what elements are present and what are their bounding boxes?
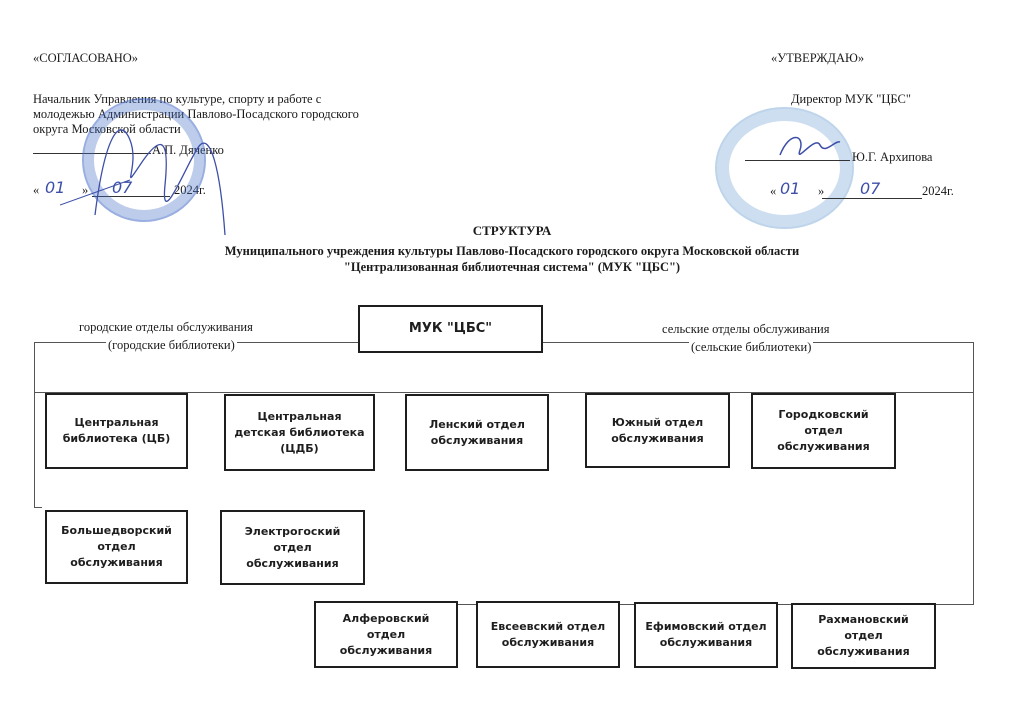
date-month-right: 07 [860, 179, 880, 198]
org-node-alferovsky: Алферовский отдел обслуживания [314, 601, 458, 668]
org-node-elektrogorsky: Электрогоский отдел обслуживания [220, 510, 365, 585]
org-node-gorodkovsky: Городковский отдел обслуживания [751, 393, 896, 469]
signature-scribble-right [775, 130, 845, 165]
rural-branches-label: сельские отделы обслуживания [662, 322, 829, 337]
connector-right-vertical [973, 342, 974, 605]
city-branches-label: городские отделы обслуживания [79, 320, 253, 335]
org-node-rakhmanovsky: Рахмановский отдел обслуживания [791, 603, 936, 669]
document-title: СТРУКТУРА [0, 222, 1024, 239]
org-node-yuzhny: Южный отдел обслуживания [585, 393, 730, 468]
date-day-right: 01 [780, 179, 800, 198]
document-subtitle-line2: "Централизованная библиотечная система" … [0, 259, 1024, 276]
org-node-bolshedvorsky: Большедворский отдел обслуживания [45, 510, 188, 584]
date-year-right: 2024г. [922, 184, 954, 199]
approval-heading-right: «УТВЕРЖДАЮ» [771, 51, 864, 66]
org-node-evseevsky: Евсеевский отдел обслуживания [476, 601, 620, 668]
city-branches-sublabel: (городские библиотеки) [106, 338, 237, 353]
connector-left-vertical [34, 342, 35, 508]
approval-heading-left: «СОГЛАСОВАНО» [33, 51, 138, 66]
document-subtitle-line1: Муниципального учреждения культуры Павло… [0, 243, 1024, 260]
org-node-central-children-library: Центральная детская библиотека (ЦДБ) [224, 394, 375, 471]
date-open-quote-left: « [33, 183, 39, 198]
date-month-line-right [822, 198, 922, 199]
org-node-central-library: Центральная библиотека (ЦБ) [45, 393, 188, 469]
official-stamp-right [715, 107, 854, 229]
date-open-quote-right: « [770, 184, 776, 199]
connector-left-bottom [34, 507, 42, 508]
date-close-quote-right: » [818, 184, 824, 199]
director-position: Директор МУК "ЦБС" [791, 92, 911, 107]
connector-right-bottom [936, 604, 974, 605]
rural-branches-sublabel: (сельские библиотеки) [689, 340, 813, 355]
org-node-lensky: Ленский отдел обслуживания [405, 394, 549, 471]
director-name: Ю.Г. Архипова [852, 150, 932, 165]
org-root-muk-cbs: МУК "ЦБС" [358, 305, 543, 353]
org-node-efimovsky: Ефимовский отдел обслуживания [634, 602, 778, 668]
